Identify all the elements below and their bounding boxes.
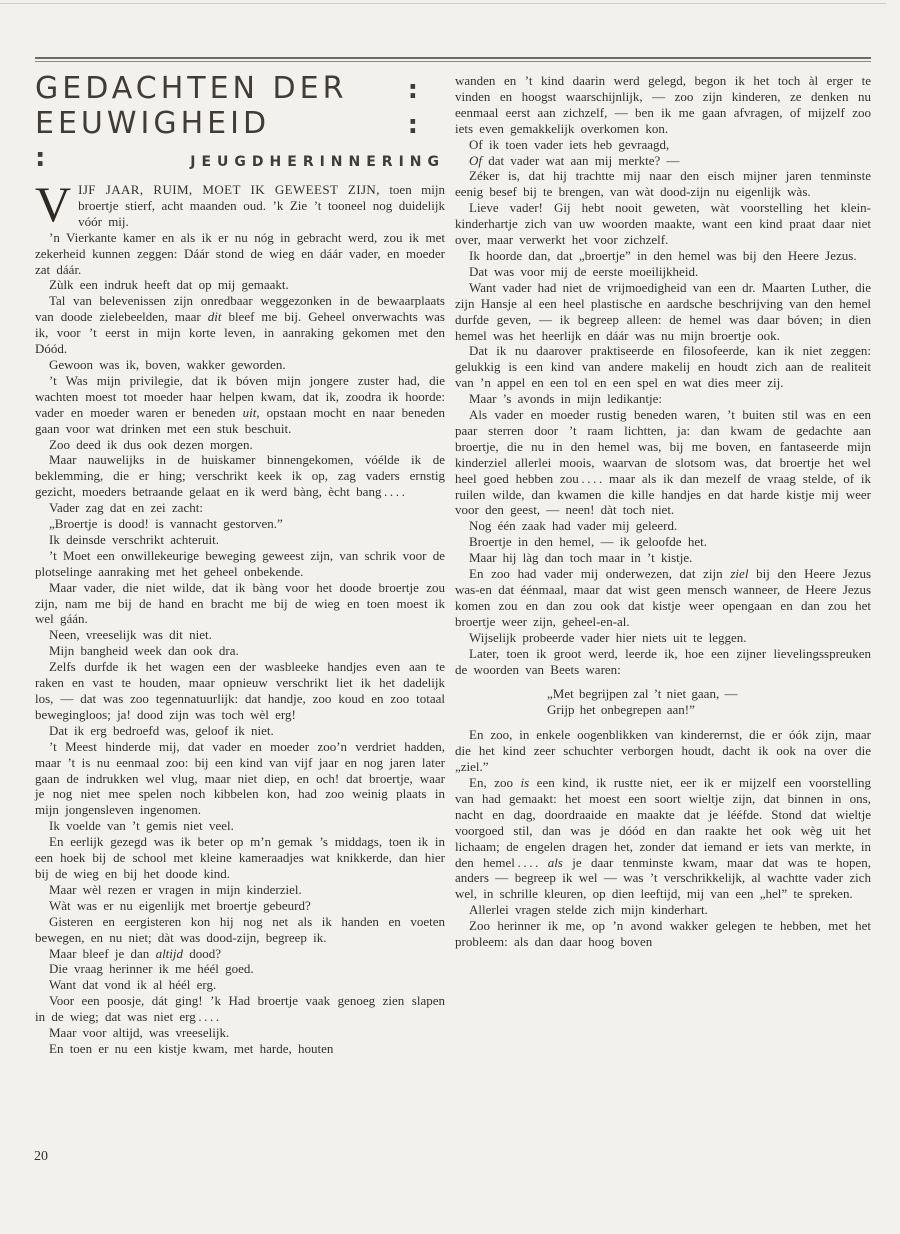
paragraph: ’n Vierkante kamer en als ik er nu nóg i… [35,230,445,278]
paragraph: „Broertje is dood! is vannacht gestorven… [35,516,445,532]
paragraph: Vader zag dat en zei zacht: [35,500,445,516]
paragraph: En toen er nu een kistje kwam, met harde… [35,1041,445,1057]
paragraph: Zoo deed ik dus ook dezen morgen. [35,437,445,453]
paragraph: Wàt was er nu eigenlijk met broertje geb… [35,898,445,914]
paragraph: Ik hoorde dan, dat „broertje” in den hem… [455,248,871,264]
paragraph: En eerlijk gezegd was ik beter op m’n ge… [35,834,445,882]
article-header: GEDACHTEN DER : EEUWIGHEID : : JEUGDHERI… [35,72,445,173]
paragraph: Dat was voor mij de eerste moeilijkheid. [455,264,871,280]
article-subtitle: JEUGDHERINNERING [190,151,445,173]
subtitle-line: : JEUGDHERINNERING [35,147,445,173]
drop-cap: V [35,182,78,223]
paragraph: Dat ik nu daarover praktiseerde en filos… [455,343,871,391]
title-colon-ornament: : [408,73,418,107]
paragraph: Zùlk een indruk heeft dat op mij gemaakt… [35,277,445,293]
paragraph: Wijselijk probeerde vader hier niets uit… [455,630,871,646]
opening-caps-text: IJF JAAR, RUIM, MOET IK GEWEEST ZIJN, [78,182,380,197]
subtitle-colon-ornament: : [35,147,45,169]
paragraph: Neen, vreeselijk was dit niet. [35,627,445,643]
paragraph: Maar bleef je dan altijd dood? [35,946,445,962]
paragraph: ’t Moet een onwillekeurige beweging gewe… [35,548,445,580]
paragraph: Maar voor altijd, was vreeselijk. [35,1025,445,1041]
paragraph: Of ik toen vader iets heb gevraagd, [455,137,871,153]
paragraph: Zelfs durfde ik het wagen een der wasble… [35,659,445,723]
paragraph: Maar vader, die niet wilde, dat ik bàng … [35,580,445,628]
title-colon-ornament: : [408,108,418,142]
paragraph: En, zoo is een kind, ik rustte niet, eer… [455,775,871,902]
paragraph: Maar ’s avonds in mijn ledikantje: [455,391,871,407]
magazine-page: GEDACHTEN DER : EEUWIGHEID : : JEUGDHERI… [0,0,900,1234]
header-rule [35,57,871,62]
paragraph: Gisteren en eergisteren kon hij nog net … [35,914,445,946]
paragraph: Nog één zaak had vader mij geleerd. [455,518,871,534]
paragraph: Zéker is, dat hij trachtte mij naar den … [455,168,871,200]
right-column: wanden en ’t kind daarin werd gelegd, be… [455,66,871,1057]
paragraph: Lieve vader! Gij hebt nooit geweten, wàt… [455,200,871,248]
paragraph: Of dat vader wat aan mij merkte? — [455,153,871,169]
paragraph: Mijn bangheid week dan ook dra. [35,643,445,659]
page-content: GEDACHTEN DER : EEUWIGHEID : : JEUGDHERI… [35,66,871,1057]
paragraph: Gewoon was ik, boven, wakker geworden. [35,357,445,373]
paragraph: ’t Meest hinderde mij, dat vader en moed… [35,739,445,819]
page-title: GEDACHTEN DER [35,72,347,106]
left-column-text: ’n Vierkante kamer en als ik er nu nóg i… [35,230,445,1057]
left-column: GEDACHTEN DER : EEUWIGHEID : : JEUGDHERI… [35,66,445,1057]
right-column-text: wanden en ’t kind daarin werd gelegd, be… [455,73,871,950]
paragraph: Maar wèl rezen er vragen in mijn kinderz… [35,882,445,898]
paragraph: Allerlei vragen stelde zich mijn kinderh… [455,902,871,918]
opening-paragraph: VIJF JAAR, RUIM, MOET IK GEWEEST ZIJN, t… [35,182,445,230]
paragraph: Ik deinsde verschrikt achteruit. [35,532,445,548]
paragraph: En zoo had vader mij onderwezen, dat zij… [455,566,871,630]
page-number: 20 [34,1149,48,1165]
paragraph: Ik voelde van ’t gemis niet veel. [35,818,445,834]
paragraph: Voor een poosje, dát ging! ’k Had broert… [35,993,445,1025]
paragraph: wanden en ’t kind daarin werd gelegd, be… [455,73,871,137]
paragraph: Broertje in den hemel, — ik geloofde het… [455,534,871,550]
paragraph: Maar nauwelijks in de huiskamer binnenge… [35,452,445,500]
verse-quote: „Met begrijpen zal ’t niet gaan, — Grijp… [455,686,871,718]
paragraph: En zoo, in enkele oogenblikken van kinde… [455,727,871,775]
paragraph: Maar hij làg dan toch maar in ’t kistje. [455,550,871,566]
paragraph: Die vraag herinner ik me héél goed. [35,961,445,977]
paragraph: Want dat vond ik al héél erg. [35,977,445,993]
paragraph: ’t Was mijn privilegie, dat ik bóven mij… [35,373,445,437]
paragraph: Tal van belevenissen zijn onredbaar wegg… [35,293,445,357]
title-line-1: GEDACHTEN DER : [35,72,418,107]
page-top-edge [0,3,886,4]
paragraph: Later, toen ik groot werd, leerde ik, ho… [455,646,871,678]
page-title-continued: EEUWIGHEID [35,107,270,141]
paragraph: Want vader had niet de vrijmoedigheid va… [455,280,871,344]
title-line-2: EEUWIGHEID : [35,107,418,142]
paragraph: Dat ik erg bedroefd was, geloof ik niet. [35,723,445,739]
paragraph: Zoo herinner ik me, op ’n avond wakker g… [455,918,871,950]
paragraph: Als vader en moeder rustig beneden waren… [455,407,871,518]
